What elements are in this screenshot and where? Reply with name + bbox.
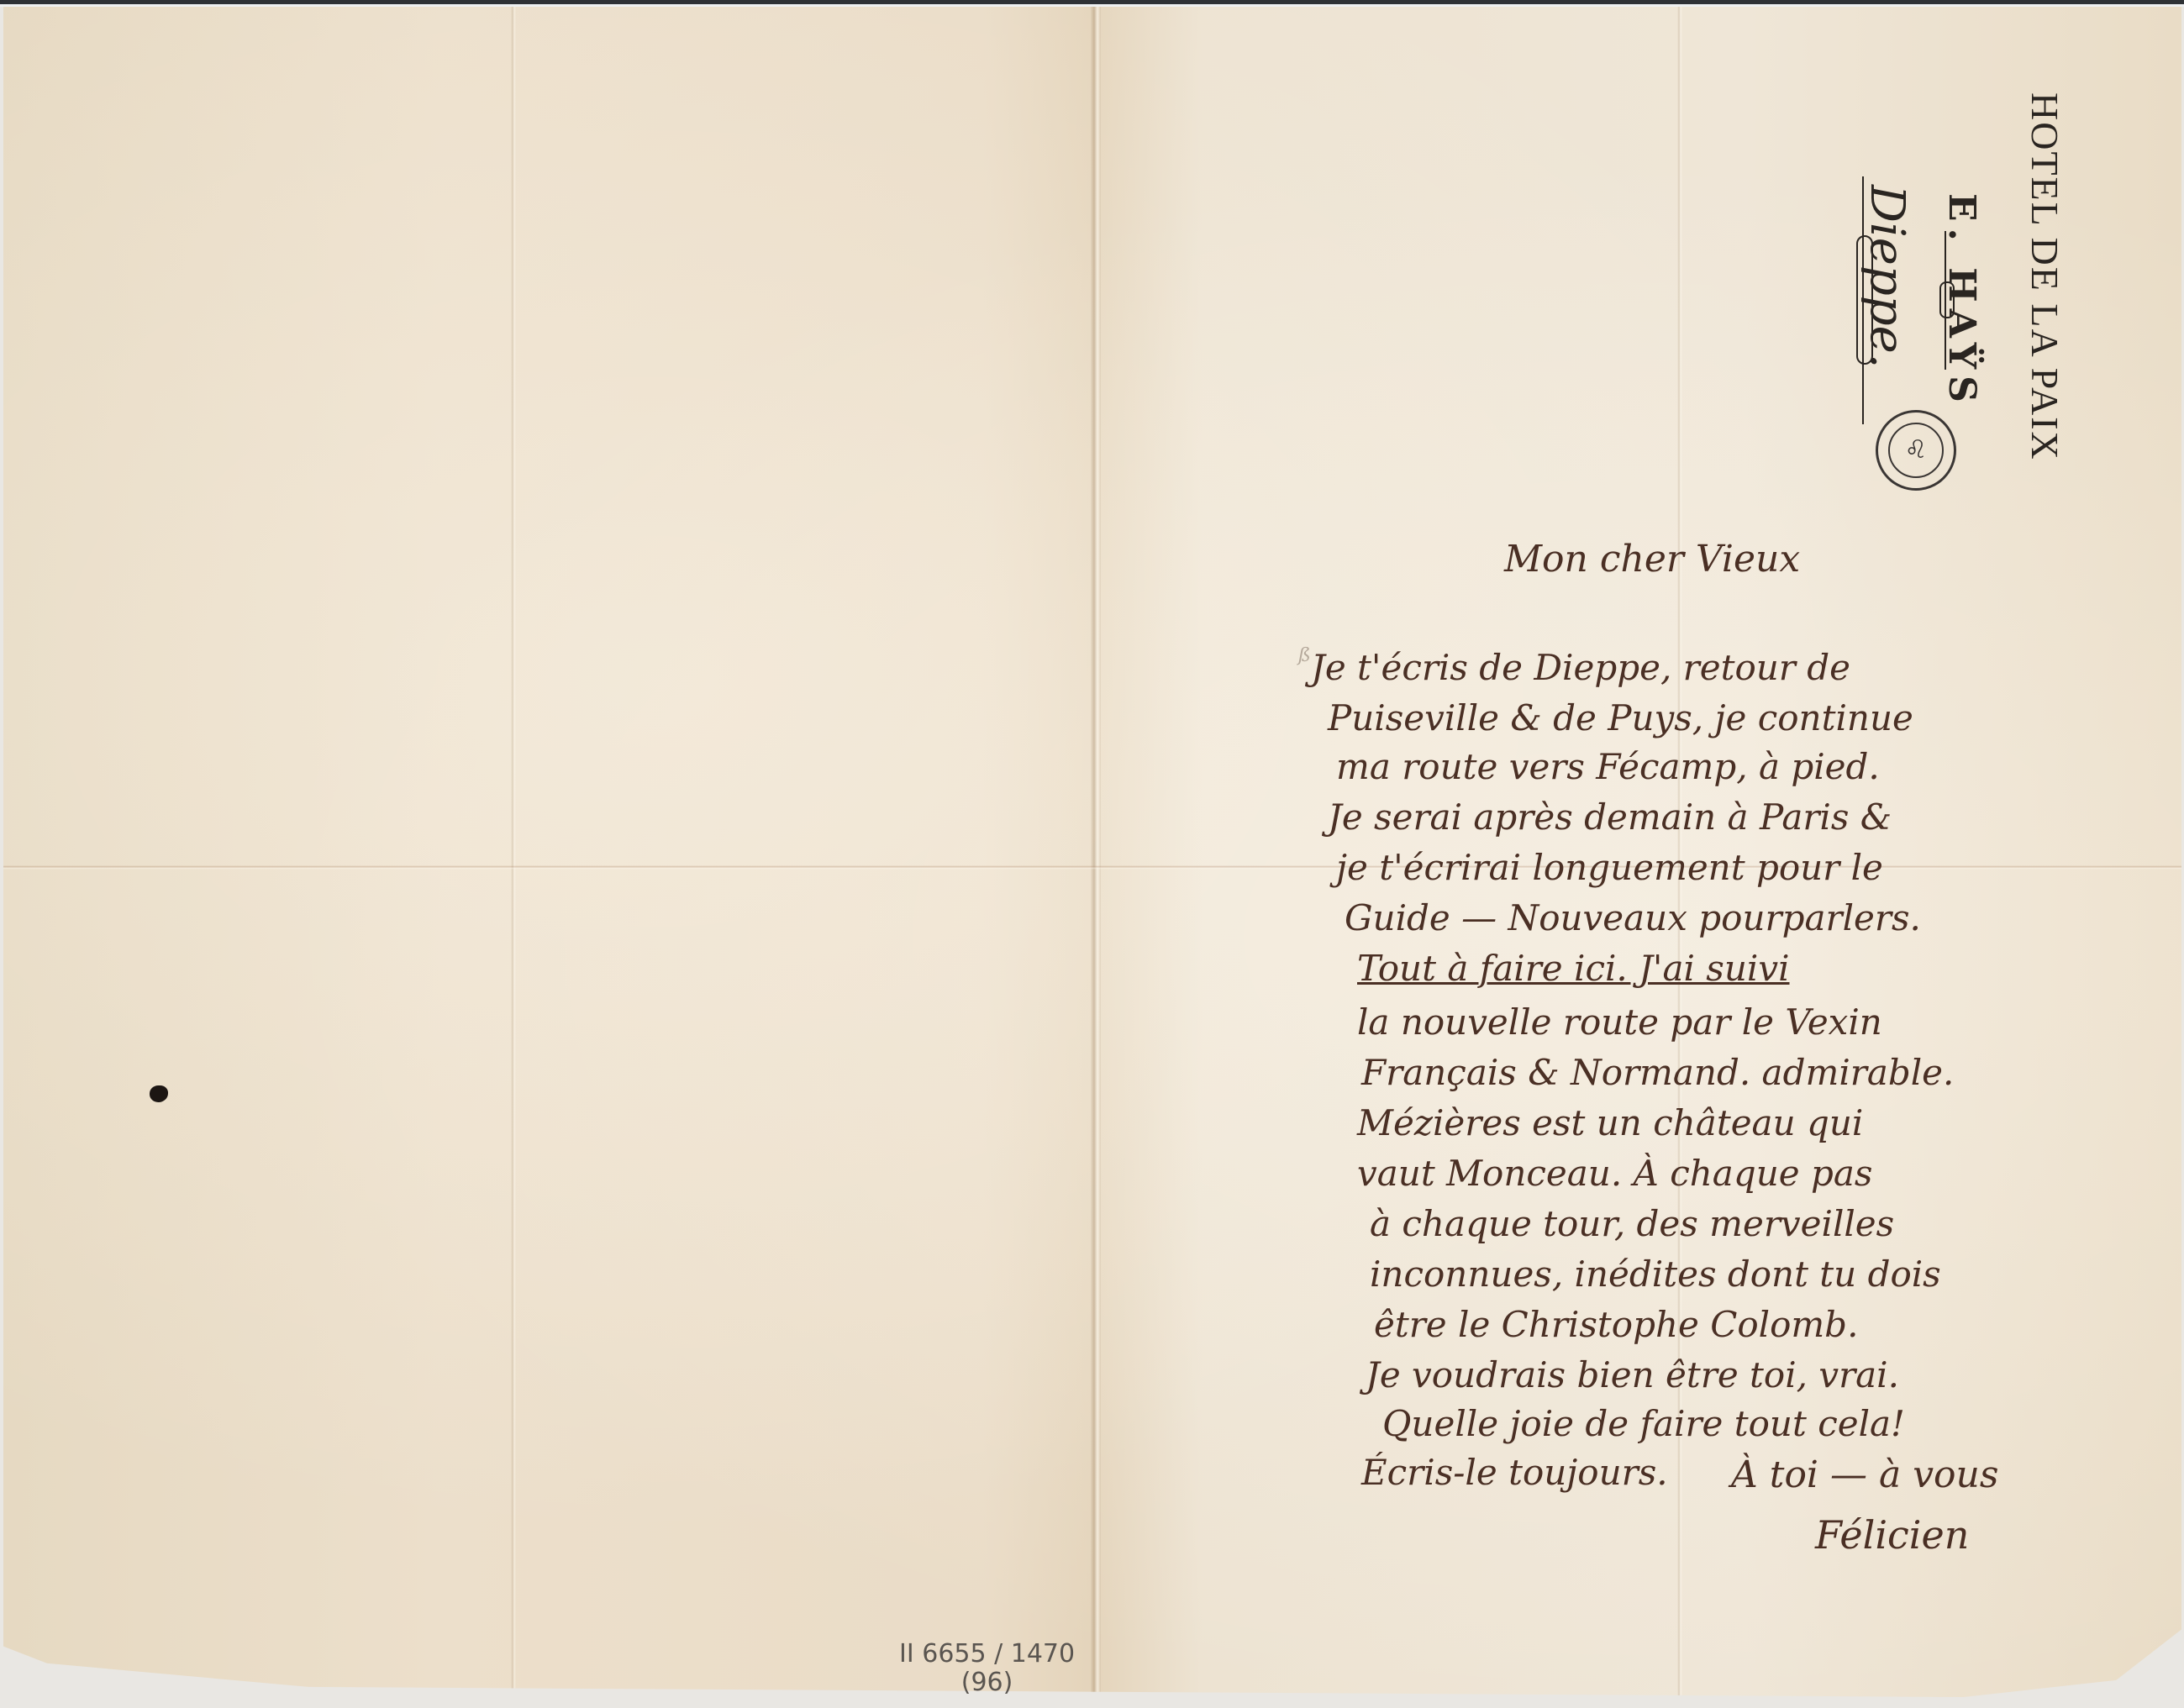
scanner-edge — [0, 0, 2184, 5]
letter-line: vaut Monceau. À chaque pas — [1357, 1153, 1872, 1194]
call-number: II 6655 / 1470 — [899, 1640, 1075, 1669]
library-stamp: BIBLIOTHÈQUE ROYALE DE BELGIQUE ♌ — [1876, 410, 1956, 491]
letter-line: la nouvelle route par le Vexin — [1357, 1001, 1882, 1043]
hotel-name: HOTEL DE LA PAIX — [2023, 92, 2067, 461]
signature: Félicien — [1815, 1512, 1969, 1558]
letter-line: je t'écrirai longuement pour le — [1336, 847, 1883, 888]
letter-line: Quelle joie de faire tout cela! — [1382, 1403, 1905, 1444]
letter-line: à chaque tour, des merveilles — [1370, 1203, 1894, 1244]
salutation: Mon cher Vieux — [1504, 538, 1800, 581]
margin-mark: ß — [1298, 645, 1311, 666]
fold-line-vertical-left — [511, 7, 516, 1697]
closing: À toi — à vous — [1731, 1453, 1998, 1496]
letter-line: Je voudrais bien être toi, vrai. — [1366, 1354, 1899, 1395]
letter-line: Français & Normand. admirable. — [1361, 1052, 1954, 1093]
letter-line: être le Christophe Colomb. — [1374, 1304, 1858, 1345]
letter-line: ma route vers Fécamp, à pied. — [1336, 746, 1880, 787]
letter-line: Puiseville & de Puys, je continue — [1328, 697, 1913, 738]
lion-emblem-icon: ♌ — [1905, 438, 1928, 463]
letter-line: Écris-le toujours. — [1361, 1452, 1668, 1493]
letter-line: Guide — Nouveaux pourparlers. — [1345, 897, 1921, 938]
letter-line: Mézières est un château qui — [1357, 1102, 1863, 1143]
letter-line: Je t'écris de Dieppe, retour de — [1311, 647, 1850, 688]
letter-line: inconnues, inédites dont tu dois — [1370, 1253, 1941, 1295]
ornament-rule-icon — [1862, 176, 1864, 424]
letter-line: Tout à faire ici. J'ai suivi — [1357, 948, 1790, 989]
letter-line: Je serai après demain à Paris & — [1328, 796, 1892, 838]
spine-fold — [1091, 7, 1101, 1697]
ornament-rule-icon — [1945, 231, 1946, 370]
item-number: (96) — [899, 1669, 1075, 1697]
archive-call-number: II 6655 / 1470 (96) — [899, 1640, 1075, 1697]
